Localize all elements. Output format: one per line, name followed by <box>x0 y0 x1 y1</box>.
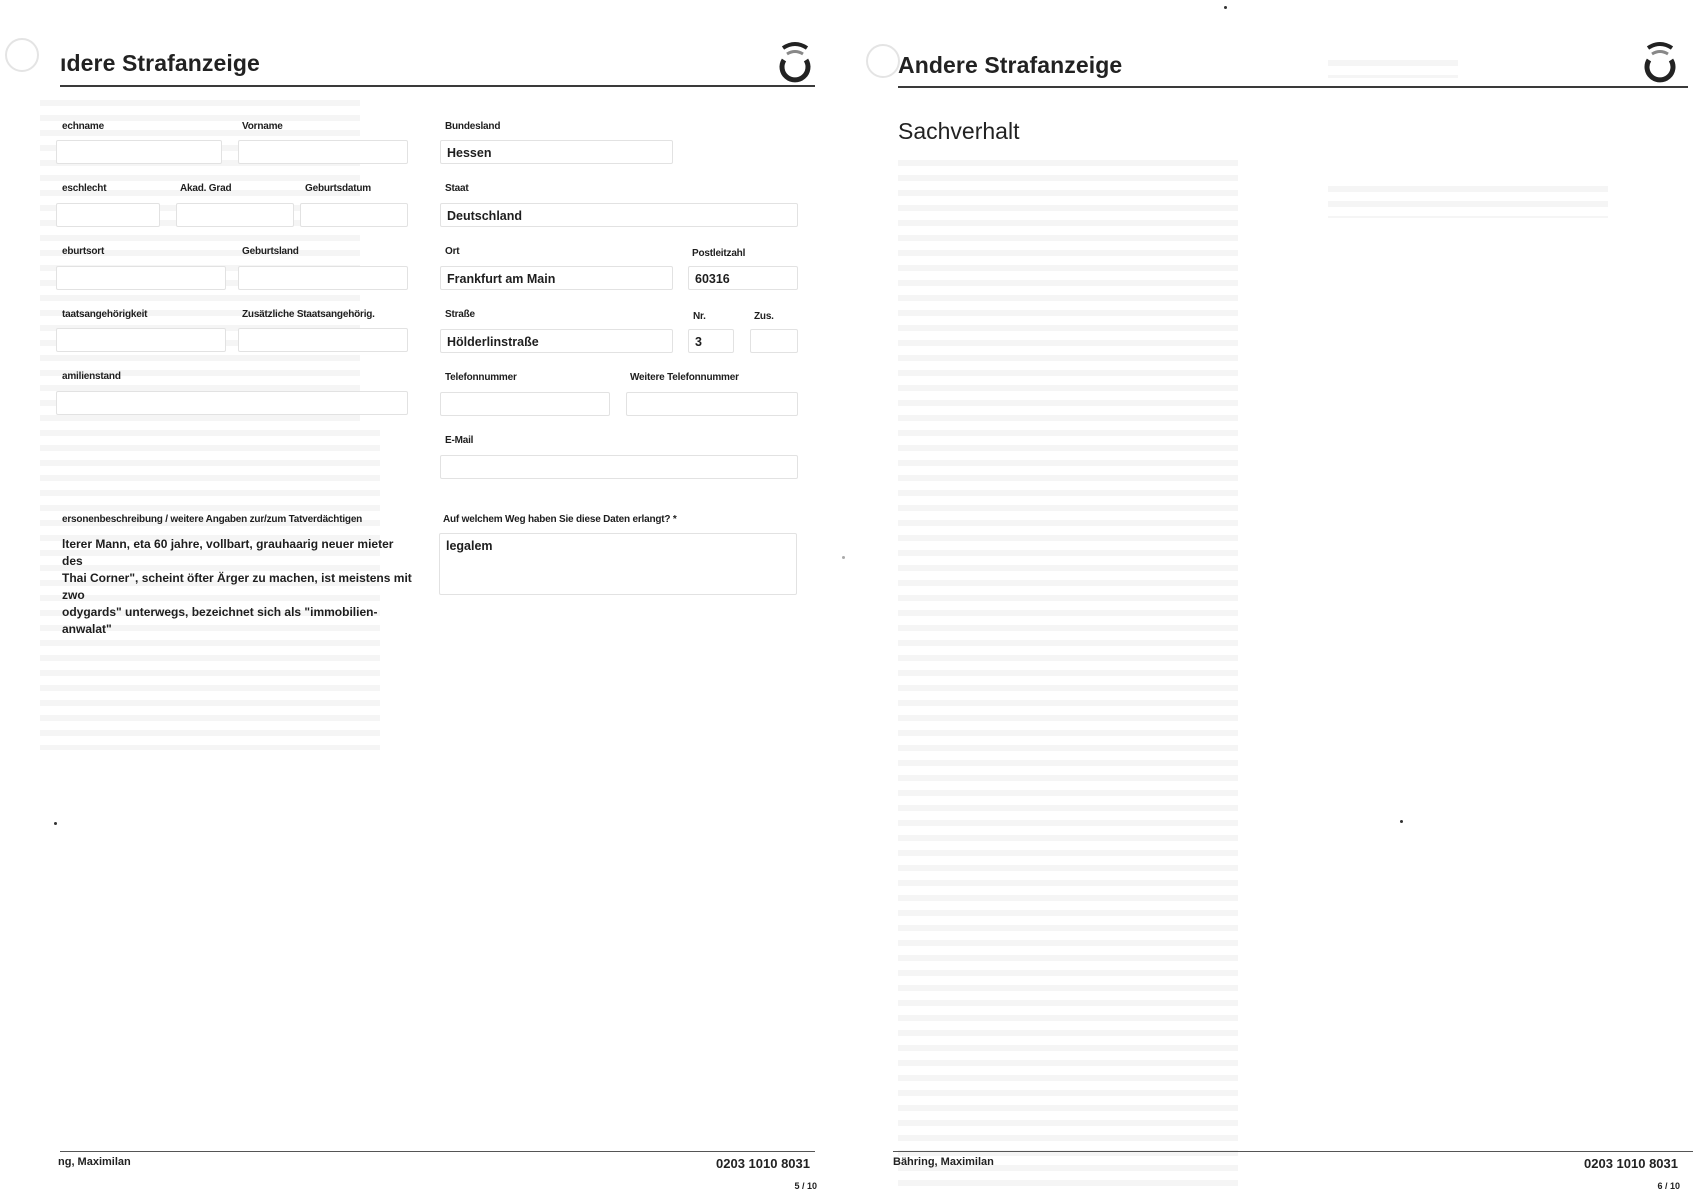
nr-field[interactable]: 3 <box>688 329 734 353</box>
geschlecht-label: eschlecht <box>62 183 106 194</box>
email-field[interactable] <box>440 455 798 479</box>
personenbeschreibung-line: lterer Mann, eta 60 jahre, vollbart, gra… <box>62 536 412 570</box>
geburtsort-field[interactable] <box>56 266 226 290</box>
scan-speck <box>1400 820 1403 823</box>
bleed-through-text <box>1328 186 1608 218</box>
postleitzahl-field[interactable]: 60316 <box>688 266 798 290</box>
nachname-label: echname <box>62 121 104 132</box>
nachname-field[interactable] <box>56 140 222 164</box>
scan-speck <box>1224 6 1227 9</box>
footer-rule <box>60 1151 815 1152</box>
weitere-telefon-field[interactable] <box>626 392 798 416</box>
strasse-label: Straße <box>445 309 475 320</box>
akad-grad-label: Akad. Grad <box>180 183 231 194</box>
header-rule <box>898 86 1688 88</box>
personenbeschreibung-field[interactable]: lterer Mann, eta 60 jahre, vollbart, gra… <box>62 536 412 638</box>
header-rule <box>60 85 815 87</box>
vorname-field[interactable] <box>238 140 408 164</box>
ort-label: Ort <box>445 246 459 257</box>
geburtsdatum-label: Geburtsdatum <box>305 183 371 194</box>
geburtsort-label: eburtsort <box>62 246 104 257</box>
weitere-telefon-label: Weitere Telefonnummer <box>630 372 739 383</box>
telefon-field[interactable] <box>440 392 610 416</box>
staat-field[interactable]: Deutschland <box>440 203 798 227</box>
footer-phone: 0203 1010 8031 <box>1428 1156 1678 1171</box>
nr-label: Nr. <box>693 311 706 322</box>
scan-speck <box>842 556 845 559</box>
document-page-5: ıdere Strafanzeige echname Vorname Bunde… <box>0 0 848 1199</box>
strasse-field[interactable]: Hölderlinstraße <box>440 329 673 353</box>
bleed-through-text <box>1328 60 1458 78</box>
bleed-through-text <box>898 160 1238 1190</box>
scan-speck <box>54 822 57 825</box>
police-logo-icon <box>775 38 815 84</box>
postleitzahl-label: Postleitzahl <box>692 248 745 259</box>
page-header-title: Andere Strafanzeige <box>898 52 1122 79</box>
bundesland-field[interactable]: Hessen <box>440 140 673 164</box>
staatsangehoerigkeit-field[interactable] <box>56 328 226 352</box>
footer-phone: 0203 1010 8031 <box>600 1156 810 1171</box>
datenweg-field[interactable]: legalem <box>439 533 797 595</box>
document-page-6: Andere Strafanzeige Sachverhalt Bähring,… <box>848 0 1696 1199</box>
zus-label: Zus. <box>754 311 774 322</box>
familienstand-label: amilienstand <box>62 371 121 382</box>
ort-field[interactable]: Frankfurt am Main <box>440 266 673 290</box>
ghost-logo-bleed <box>866 44 900 78</box>
telefon-label: Telefonnummer <box>445 372 517 383</box>
zus-field[interactable] <box>750 329 798 353</box>
vorname-label: Vorname <box>242 121 283 132</box>
footer-rule <box>893 1151 1693 1152</box>
police-logo-icon <box>1640 38 1680 84</box>
geschlecht-field[interactable] <box>56 203 160 227</box>
zus-staatsangehoerigkeit-label: Zusätzliche Staatsangehörig. <box>242 309 375 320</box>
personenbeschreibung-line: odygards" unterwegs, bezeichnet sich als… <box>62 604 412 638</box>
familienstand-field[interactable] <box>56 391 408 415</box>
footer-page-number: 5 / 10 <box>700 1181 817 1191</box>
footer-name: Bähring, Maximilan <box>893 1156 994 1168</box>
ghost-logo-bleed <box>5 38 39 72</box>
page-header-title: ıdere Strafanzeige <box>60 50 260 77</box>
geburtsland-field[interactable] <box>238 266 408 290</box>
personenbeschreibung-label: ersonenbeschreibung / weitere Angaben zu… <box>62 514 362 525</box>
staatsangehoerigkeit-label: taatsangehörigkeit <box>62 309 147 320</box>
datenweg-label: Auf welchem Weg haben Sie diese Daten er… <box>443 514 677 525</box>
staat-label: Staat <box>445 183 468 194</box>
email-label: E-Mail <box>445 435 473 446</box>
geburtsland-label: Geburtsland <box>242 246 299 257</box>
footer-page-number: 6 / 10 <box>1568 1181 1680 1191</box>
section-title: Sachverhalt <box>898 118 1019 145</box>
akad-grad-field[interactable] <box>176 203 294 227</box>
zus-staatsangehoerigkeit-field[interactable] <box>238 328 408 352</box>
bundesland-label: Bundesland <box>445 121 500 132</box>
personenbeschreibung-line: Thai Corner", scheint öfter Ärger zu mac… <box>62 570 412 604</box>
footer-name: ng, Maximilan <box>58 1156 131 1168</box>
geburtsdatum-field[interactable] <box>300 203 408 227</box>
